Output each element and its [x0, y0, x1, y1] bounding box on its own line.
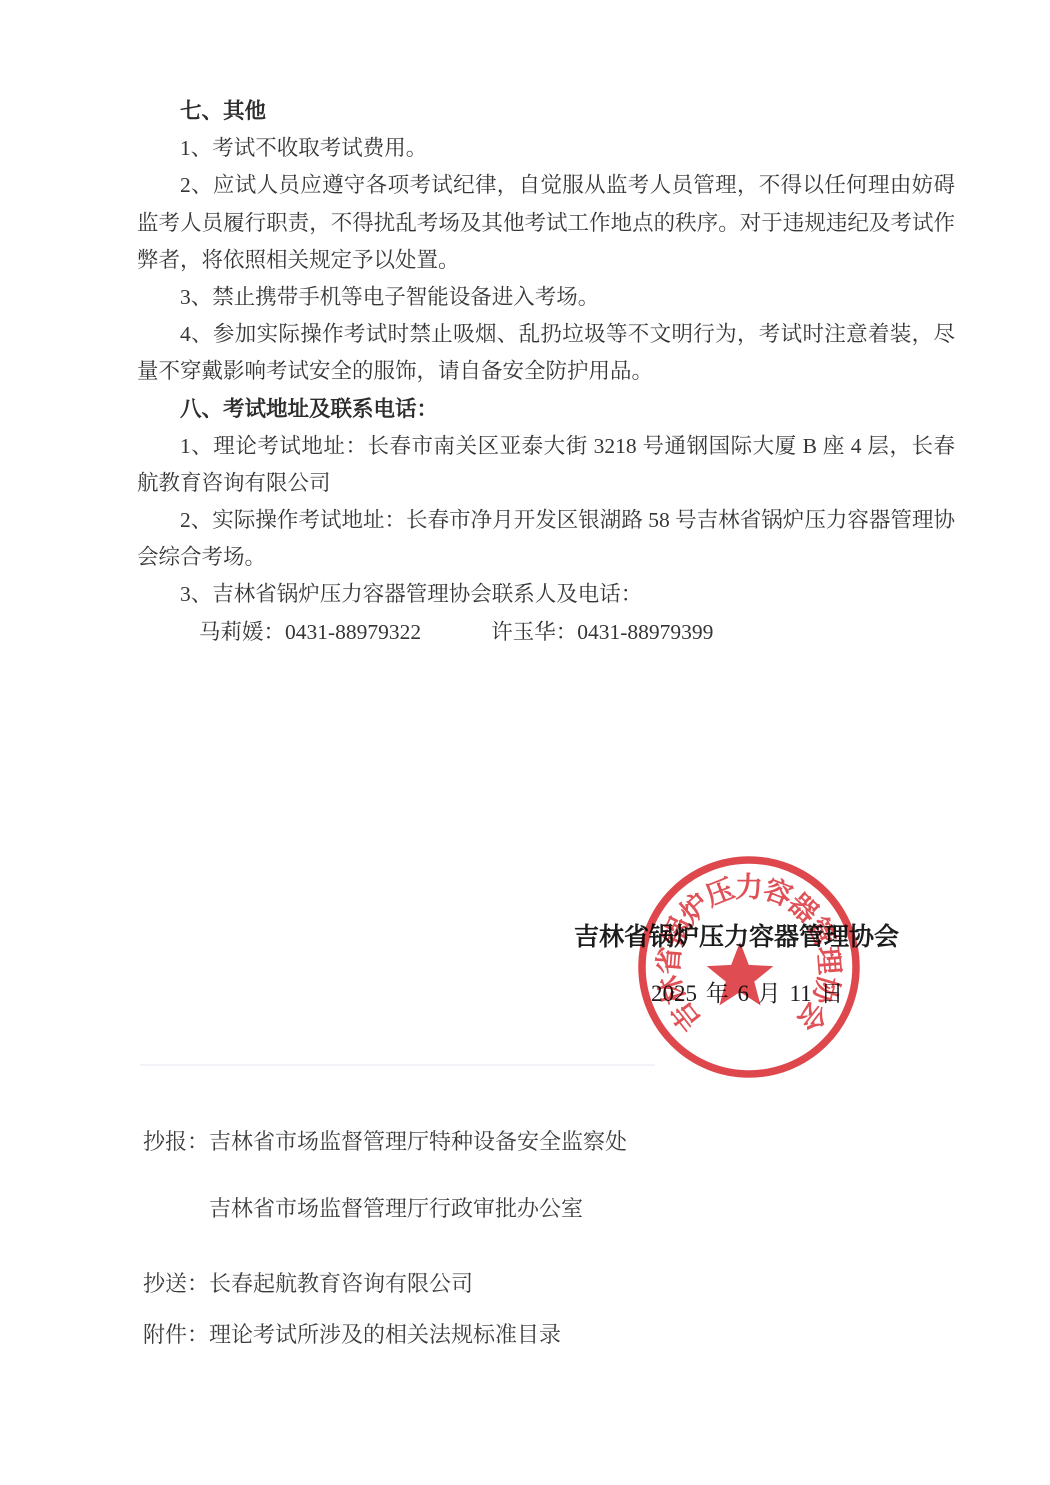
signature-organization: 吉林省锅炉压力容器管理协会 [574, 917, 899, 953]
item-8-2-line-2: 会综合考场。 [137, 539, 955, 576]
contact-1-name: 马莉媛： [199, 620, 285, 644]
copy-report-line-1: 抄报：吉林省市场监督管理厅特种设备安全监察处 [143, 1125, 627, 1156]
item-7-3: 3、禁止携带手机等电子智能设备进入考场。 [137, 279, 955, 316]
seal-circular-text: 吉林省锅炉压力容器管理协会 [653, 872, 845, 1037]
seal-character: 力 [735, 872, 763, 904]
attachment-line: 附件：理论考试所涉及的相关法规标准目录 [143, 1318, 561, 1349]
item-8-1-line-2: 航教育咨询有限公司 [137, 465, 955, 502]
section-heading-7: 七、其他 [137, 93, 955, 130]
item-7-4-line-1: 4、参加实际操作考试时禁止吸烟、乱扔垃圾等不文明行为，考试时注意着装，尽 [137, 316, 955, 353]
item-8-3: 3、吉林省锅炉压力容器管理协会联系人及电话： [137, 576, 955, 613]
contact-1-phone: 0431-88979322 [285, 620, 421, 644]
copy-send-line: 抄送：长春起航教育咨询有限公司 [143, 1267, 473, 1298]
official-seal-stamp: 吉林省锅炉压力容器管理协会 [614, 832, 884, 1102]
document-body: 七、其他 1、考试不收取考试费用。 2、应试人员应遵守各项考试纪律，自觉服从监考… [137, 93, 955, 651]
scan-artifact-line [140, 1064, 655, 1066]
contact-2-name: 许玉华： [491, 620, 577, 644]
signature-date: 2025 年 6 月 11 日 [651, 975, 843, 1008]
item-8-1-line-1: 1、理论考试地址：长春市南关区亚泰大街 3218 号通钢国际大厦 B 座 4 层… [137, 428, 955, 465]
item-7-1: 1、考试不收取考试费用。 [137, 130, 955, 167]
item-7-2-line-2: 监考人员履行职责，不得扰乱考场及其他考试工作地点的秩序。对于违规违纪及考试作 [137, 205, 955, 242]
contact-2-phone: 0431-88979399 [577, 620, 713, 644]
item-7-2-line-1: 2、应试人员应遵守各项考试纪律，自觉服从监考人员管理，不得以任何理由妨碍 [137, 167, 955, 204]
item-8-2-line-1: 2、实际操作考试地址：长春市净月开发区银湖路 58 号吉林省锅炉压力容器管理协 [137, 502, 955, 539]
item-7-4-line-2: 量不穿戴影响考试安全的服饰，请自备安全防护用品。 [137, 353, 955, 390]
copy-report-line-2: 吉林省市场监督管理厅行政审批办公室 [143, 1192, 583, 1223]
contact-line: 马莉媛：0431-88979322许玉华：0431-88979399 [137, 614, 955, 651]
section-heading-8: 八、考试地址及联系电话： [137, 391, 955, 428]
item-7-2-line-3: 弊者，将依照相关规定予以处置。 [137, 242, 955, 279]
document-page: 七、其他 1、考试不收取考试费用。 2、应试人员应遵守各项考试纪律，自觉服从监考… [0, 0, 1050, 1485]
